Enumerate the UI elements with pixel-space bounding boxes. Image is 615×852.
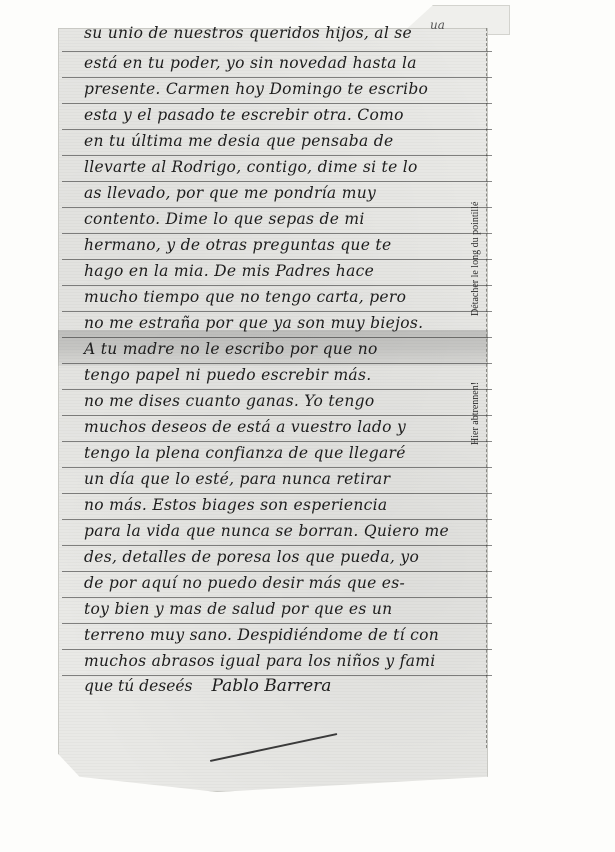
letter-line: hermano, y de otras preguntas que te xyxy=(62,234,492,260)
letter-line: toy bien y mas de salud por que es un xyxy=(62,598,492,624)
closing-text: que tú deseés xyxy=(84,677,193,695)
letter-line: llevarte al Rodrigo, contigo, dime si te… xyxy=(62,156,492,182)
letter-line: de por aquí no puedo desir más que es- xyxy=(62,572,492,598)
letter-line: está en tu poder, yo sin novedad hasta l… xyxy=(62,52,492,78)
letter-line: no más. Estos biages son esperiencia xyxy=(62,494,492,520)
letter-line: su unio de nuestros queridos hijos, al s… xyxy=(62,12,492,52)
letter-line: tengo la plena confianza de que llegaré xyxy=(62,442,492,468)
letter-line: tengo papel ni puedo escrebir más. xyxy=(62,364,492,390)
letter-line: un día que lo esté, para nunca retirar xyxy=(62,468,492,494)
letter-line: para la vida que nunca se borran. Quiero… xyxy=(62,520,492,546)
letter-line: muchos deseos de está a vuestro lado y xyxy=(62,416,492,442)
letter-line: hago en la mia. De mis Padres hace xyxy=(62,260,492,286)
letter-line: no me dises cuanto ganas. Yo tengo xyxy=(62,390,492,416)
letter-line: presente. Carmen hoy Domingo te escribo xyxy=(62,78,492,104)
closing-row: que tú deseés Pablo Barrera xyxy=(62,676,492,704)
letter-line: as llevado, por que me pondría muy xyxy=(62,182,492,208)
letter-line: en tu última me desia que pensaba de xyxy=(62,130,492,156)
letter-line: mucho tiempo que no tengo carta, pero xyxy=(62,286,492,312)
letter-line: esta y el pasado te escrebir otra. Como xyxy=(62,104,492,130)
letter-line: no me estraña por que ya son muy biejos. xyxy=(62,312,492,338)
letter-line: muchos abrasos igual para los niños y fa… xyxy=(62,650,492,676)
letter-line: des, detalles de poresa los que pueda, y… xyxy=(62,546,492,572)
letter-line: contento. Dime lo que sepas de mi xyxy=(62,208,492,234)
letter-line: A tu madre no le escribo por que no xyxy=(62,338,492,364)
letter-body: su unio de nuestros queridos hijos, al s… xyxy=(62,12,492,704)
signature: Pablo Barrera xyxy=(211,676,331,696)
letter-line: terreno muy sano. Despidiéndome de tí co… xyxy=(62,624,492,650)
